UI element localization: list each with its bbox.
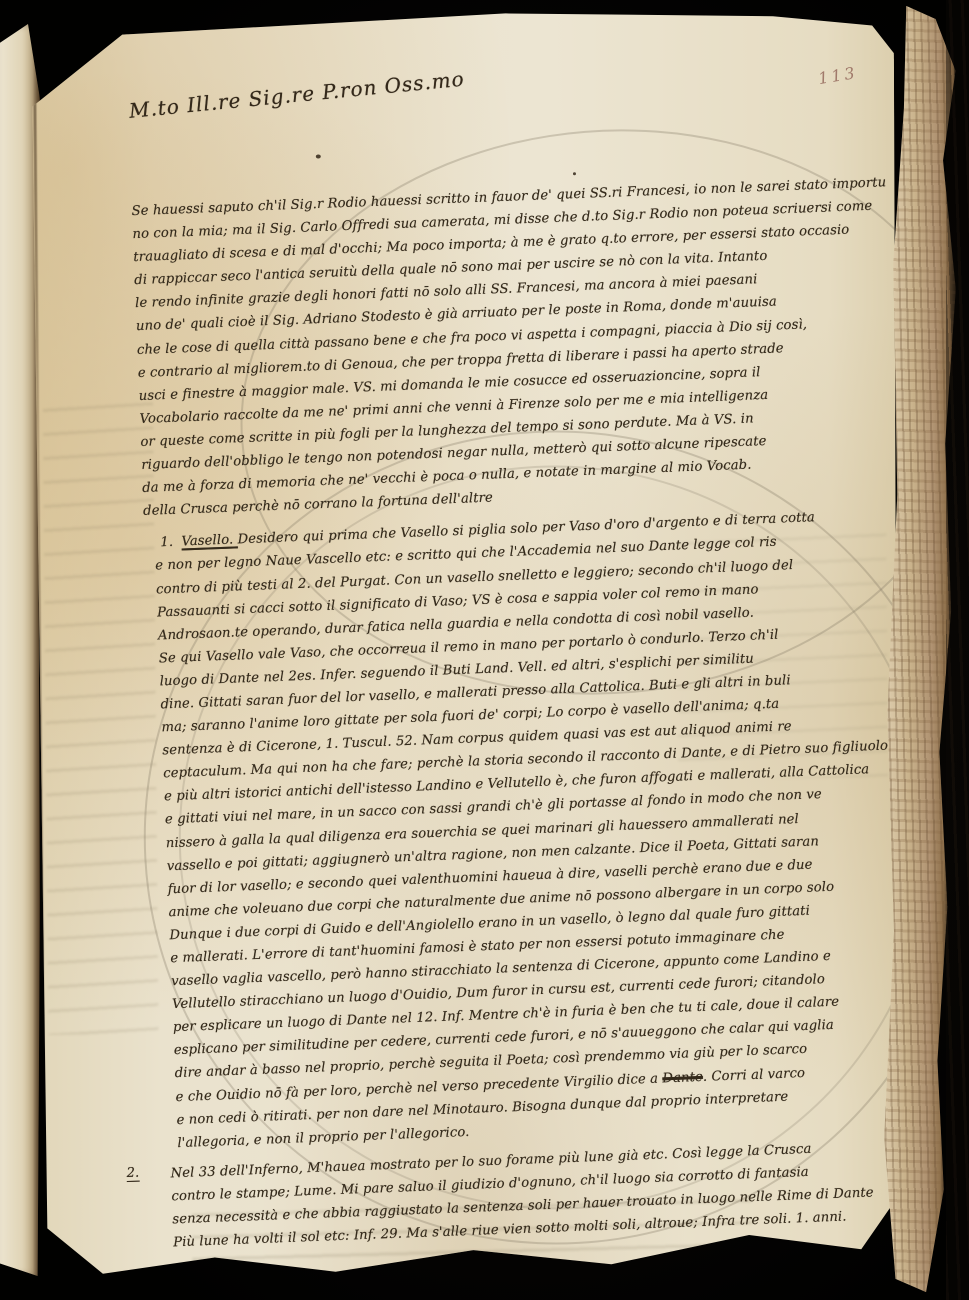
item-number: 1. (160, 535, 182, 551)
salutation-line: M.to Ill.re Sig.re P.ron Oss.mo (128, 67, 466, 123)
item-number: 2. (126, 1161, 144, 1185)
fore-edge-shadow (946, 0, 969, 1300)
ink-bleedthrough (43, 394, 159, 1035)
folio-number: 113 (817, 63, 859, 88)
ink-speck (316, 155, 321, 159)
letter-body: Se hauessi saputo ch'il Sig.r Rodio haue… (131, 171, 941, 1255)
line-text: Dante (662, 1069, 703, 1086)
underlined-keyword: Vasello. (181, 533, 238, 550)
manuscript-photo: 113 M.to Ill.re Sig.re P.ron Oss.mo Se h… (0, 0, 969, 1300)
line-text: . Corri al varco (703, 1066, 806, 1085)
manuscript-page: 113 M.to Ill.re Sig.re P.ron Oss.mo Se h… (32, 8, 905, 1287)
ink-speck (573, 172, 576, 175)
